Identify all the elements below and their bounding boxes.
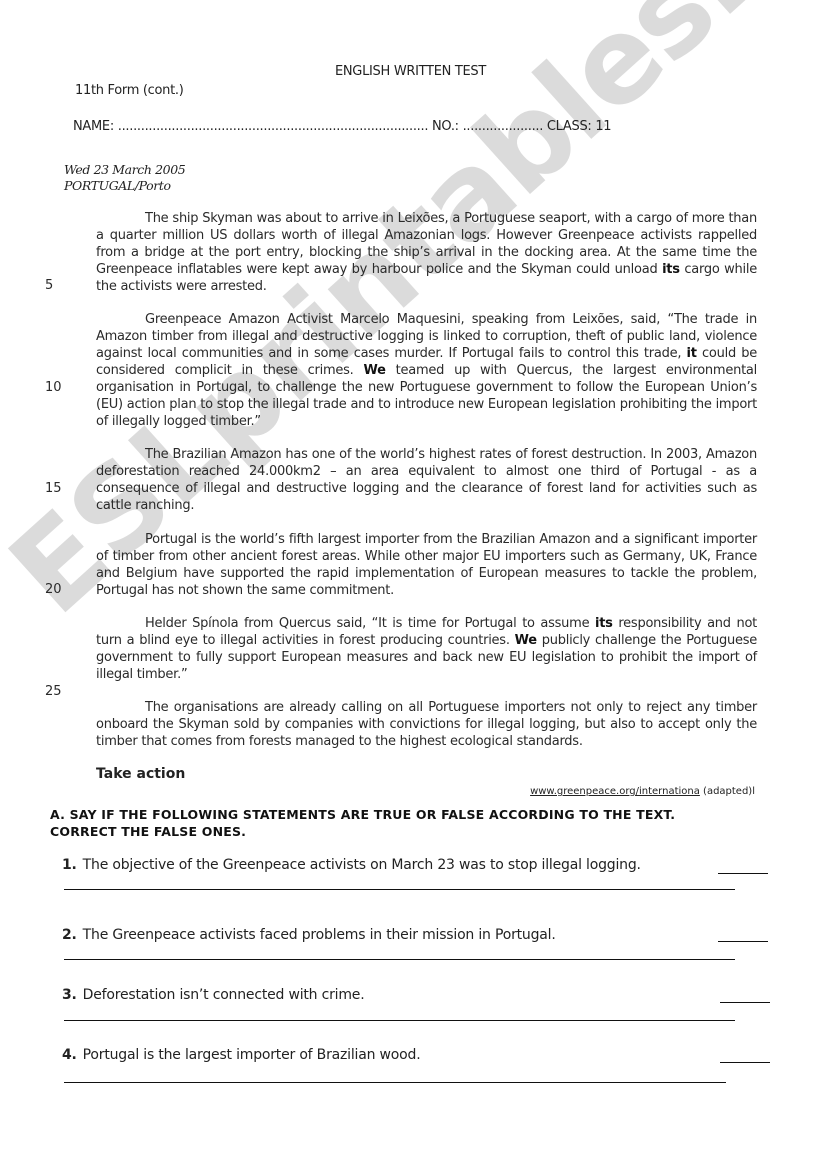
true-false-blank-4[interactable]	[720, 1062, 770, 1063]
source-link[interactable]: www.greenpeace.org/internationa	[530, 786, 700, 797]
article-date: Wed 23 March 2005	[64, 162, 185, 178]
correction-line-2[interactable]	[64, 959, 735, 960]
true-false-blank-3[interactable]	[720, 1002, 770, 1003]
article-paragraph: Greenpeace Amazon Activist Marcelo Maque…	[96, 311, 757, 430]
true-false-blank-2[interactable]	[718, 941, 768, 942]
correction-line-3[interactable]	[64, 1020, 735, 1021]
take-action-heading: Take action	[96, 766, 185, 782]
correction-line-4[interactable]	[64, 1082, 726, 1083]
article-paragraph: Portugal is the world’s fifth largest im…	[96, 531, 757, 599]
correction-line-1[interactable]	[64, 889, 735, 890]
article-paragraph: The ship Skyman was about to arrive in L…	[96, 210, 757, 295]
source-credit: www.greenpeace.org/internationa (adapted…	[530, 786, 755, 797]
question-1: 1.The objective of the Greenpeace activi…	[62, 857, 641, 873]
line-number: 15	[45, 481, 62, 496]
article-place: PORTUGAL/Porto	[64, 178, 171, 194]
question-3: 3.Deforestation isn’t connected with cri…	[62, 987, 364, 1003]
line-number: 25	[45, 684, 62, 699]
line-number: 10	[45, 380, 62, 395]
article-paragraph: Helder Spínola from Quercus said, “It is…	[96, 615, 757, 683]
article-paragraph: The Brazilian Amazon has one of the worl…	[96, 446, 757, 514]
exercise-instruction: A. SAY IF THE FOLLOWING STATEMENTS ARE T…	[50, 806, 770, 840]
question-2: 2.The Greenpeace activists faced problem…	[62, 927, 556, 943]
article-paragraph: The organisations are already calling on…	[96, 699, 757, 750]
name-number-class-line: NAME: ..................................…	[73, 119, 611, 134]
true-false-blank-1[interactable]	[718, 873, 768, 874]
line-number: 5	[45, 278, 53, 293]
question-4: 4.Portugal is the largest importer of Br…	[62, 1047, 420, 1063]
form-label: 11th Form (cont.)	[75, 83, 184, 98]
line-number: 20	[45, 582, 62, 597]
test-title: ENGLISH WRITTEN TEST	[0, 64, 821, 79]
